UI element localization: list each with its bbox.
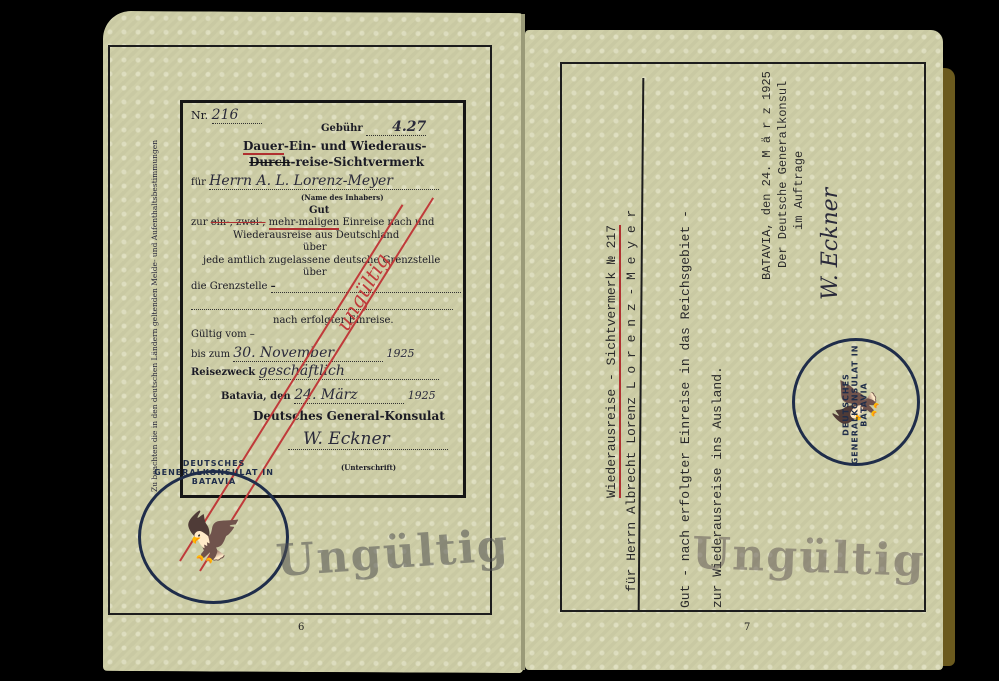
visa-title-line2: Durch-reise-Sichtvermerk [249,155,424,169]
invalid-stamp-right: Ungültig [691,528,926,587]
holder-caption: (Name des Inhabers) [301,193,384,202]
holder-field: für Herrn A. L. Lorenz-Meyer [191,173,439,190]
valid-from-field: Gültig vom – [191,329,255,340]
valid-until-field: bis zum 30. November 1925 [191,345,414,362]
side-note: Zu beachten die in den deutschen Ländern… [150,140,159,492]
fee-field: Gebühr 4.27 [321,119,426,136]
page-number-left: 6 [298,622,304,633]
page-number-right: 7 [744,622,750,633]
signature: W. Eckner [303,429,390,449]
wiederausreise-line: Wiederausreise aus Deutschland [233,230,399,241]
issuer: Deutsches General-Konsulat [253,409,445,423]
signature-right: W. Eckner [818,188,843,300]
visa-heading: Wiederausreise - Sichtvermerk № 217 [604,225,619,498]
book-spine [521,14,525,670]
visa-form: Nr. 216 Gebühr 4.27 Dauer-Ein- und Wiede… [180,100,466,498]
holder-name: Herrn A. L. Lorenz-Meyer [209,173,439,190]
signature-caption: (Unterschrift) [341,463,396,472]
valid-line-1: Gut - nach erfolgter Einreise in das Rei… [678,210,693,608]
on-behalf: im Auftrage [792,151,806,230]
gut-label: Gut [309,205,329,216]
consulate-seal-right: 🦅 DEUTSCHES GENERALKONSULAT IN BATAVIA [792,338,920,466]
visa-title-line1: Dauer-Ein- und Wiederaus- [243,139,427,153]
nr-value: 216 [212,107,262,124]
authority: Der Deutsche Generalkonsul [776,81,790,268]
fee-value: 4.27 [366,119,426,136]
nr-field: Nr. 216 [191,107,262,124]
grenzstelle-field: die Grenzstelle – [191,281,461,293]
signature-line [288,447,448,450]
grenzstelle-line: jede amtlich zugelassene deutsche Grenzs… [203,255,440,266]
purpose-field: Reisezweck geschäftlich [191,363,439,380]
place-date-field: Batavia, den 24. März 1925 [221,387,436,404]
consulate-seal-left: 🦅 DEUTSCHES GENERALKONSULAT IN BATAVIA [138,470,289,604]
frequency-line: zur ein-, zwei-, mehr-maligen Einreise n… [191,217,434,228]
ueber-2: über [303,267,327,278]
place-date: BATAVIA, den 24. M ä r z 1925 [760,71,774,280]
eagle-icon: 🦅 [184,509,244,566]
ueber-1: über [303,242,327,253]
blank-line [191,299,453,310]
holder-line: für Herrn Albrecht Lorenz L o r e n z - … [624,210,639,592]
